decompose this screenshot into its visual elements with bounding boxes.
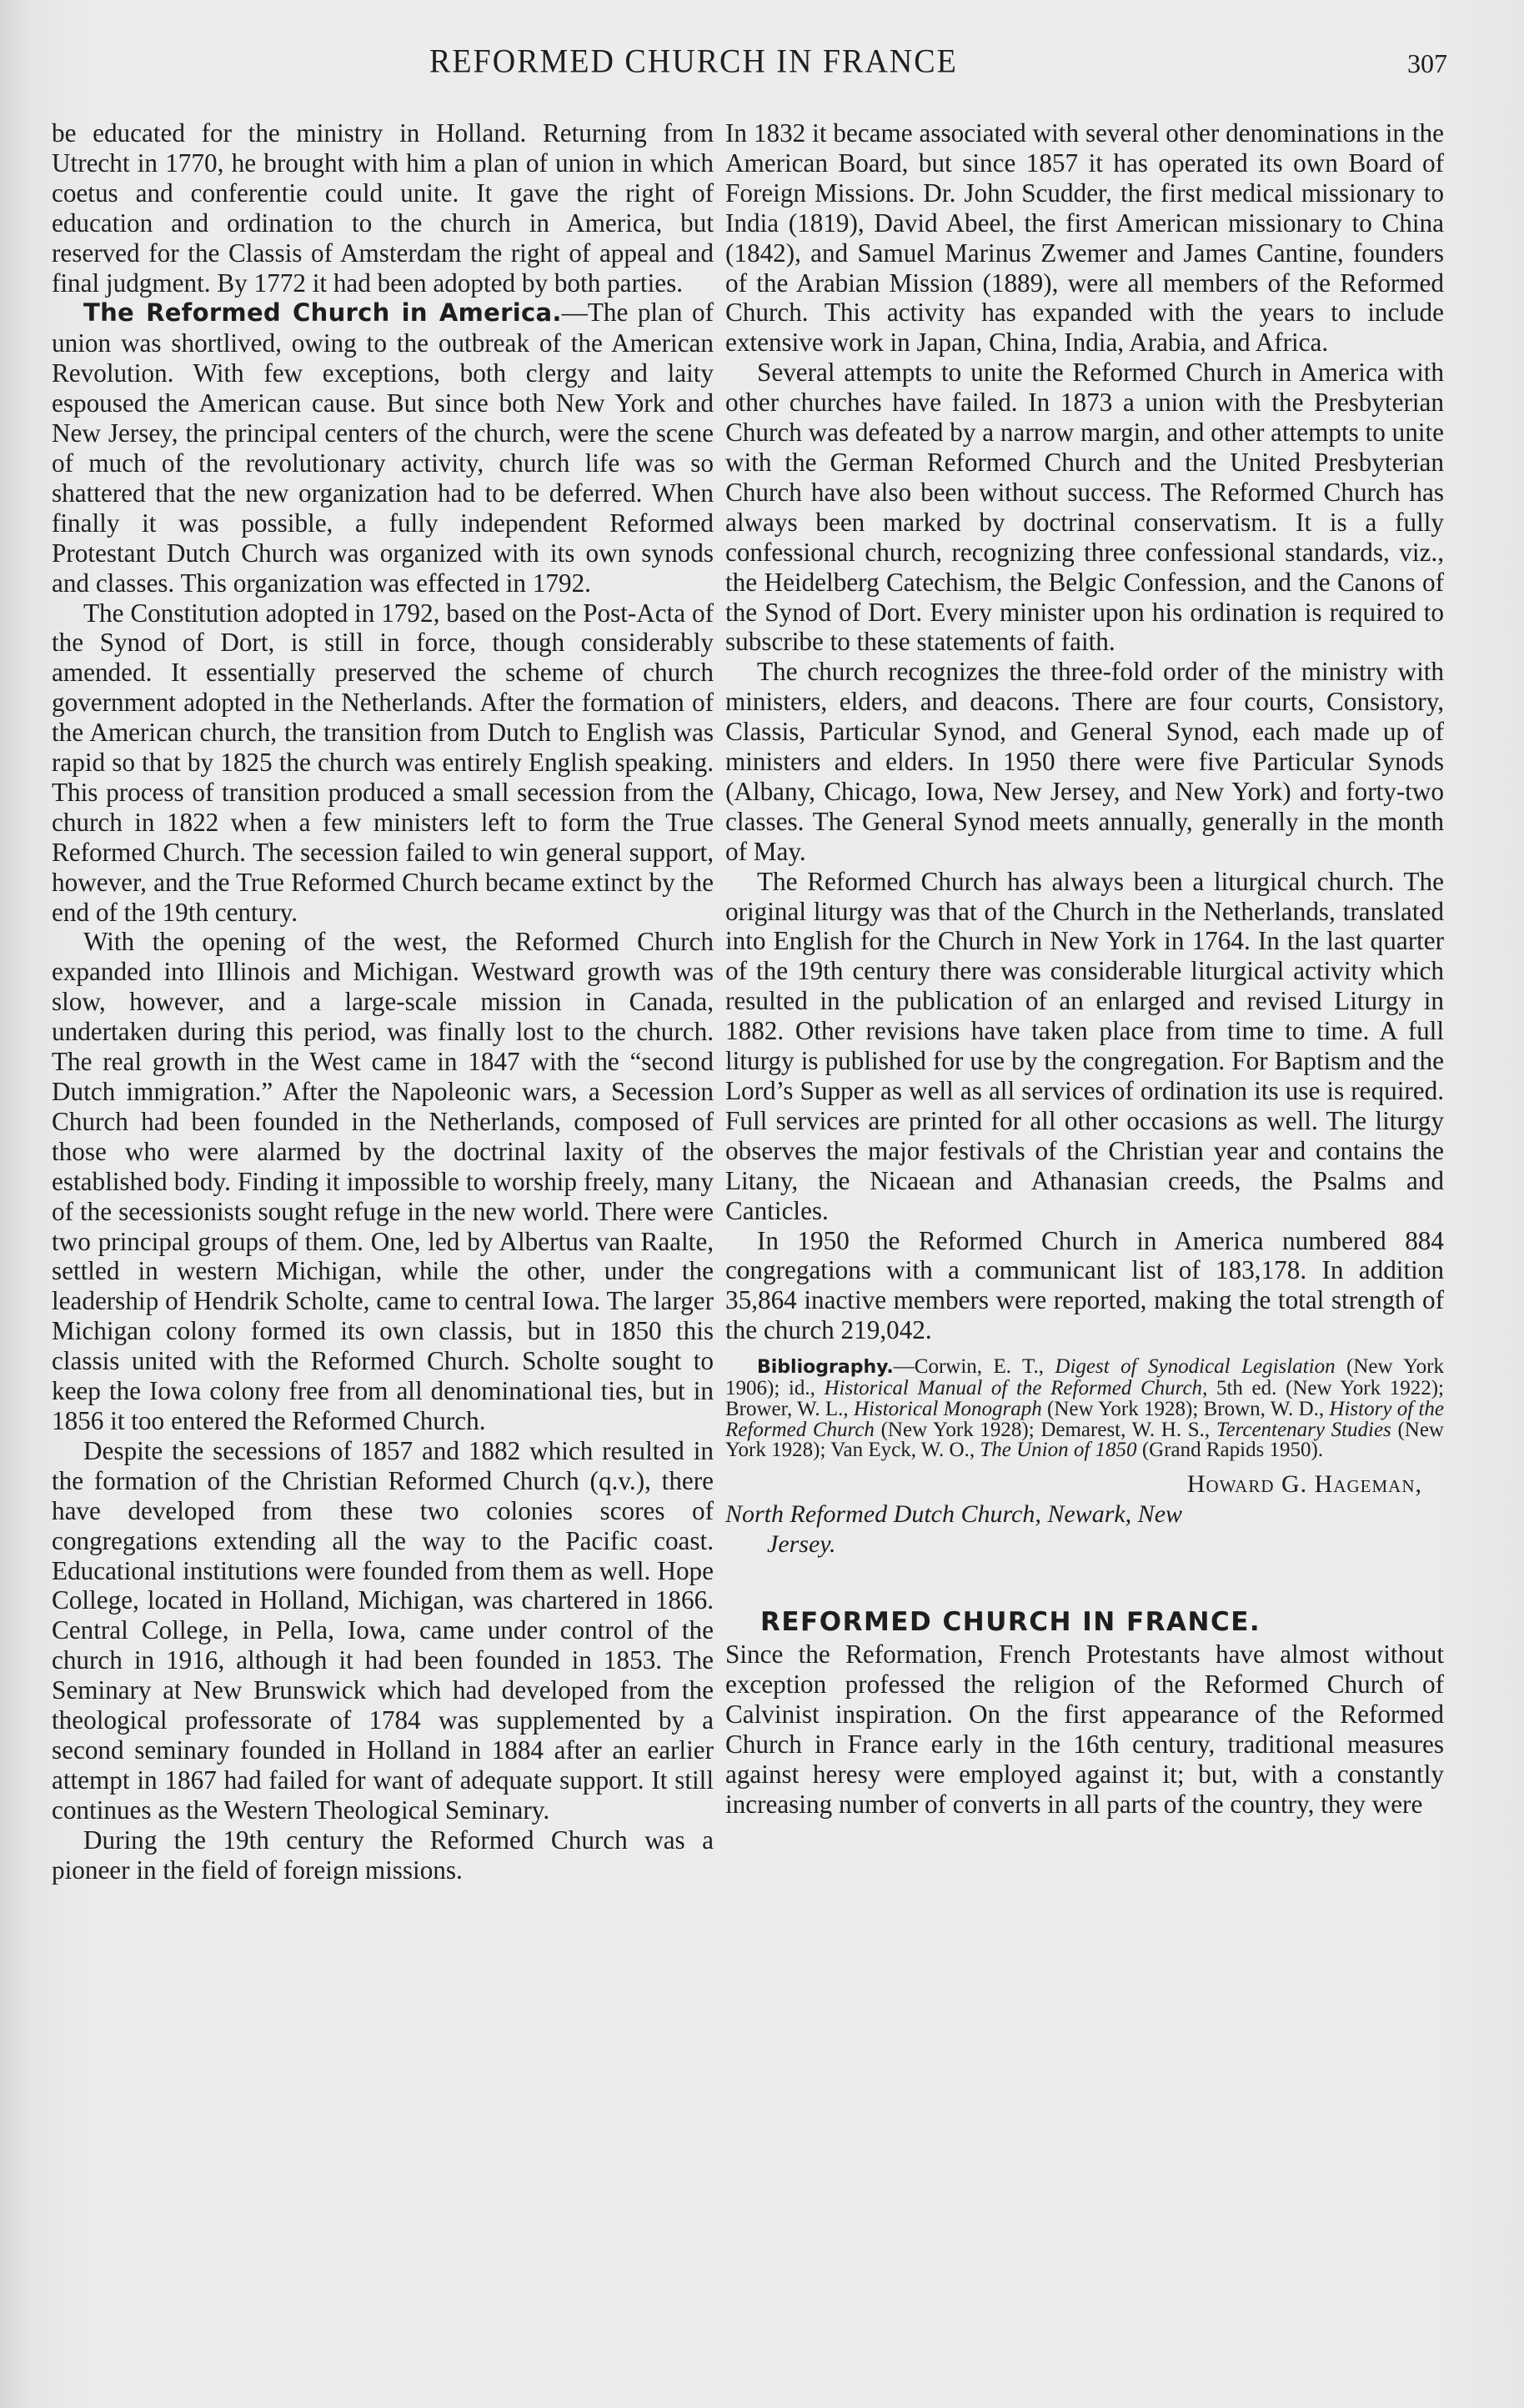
bib-title: Historical Manual of the Reformed Church — [824, 1377, 1202, 1399]
left-column: be educated for the ministry in Holland.… — [52, 118, 714, 1885]
bibliography-label: Bibliography. — [757, 1357, 894, 1378]
right-column: In 1832 it became associated with severa… — [725, 118, 1444, 1819]
paragraph: The Reformed Church has always been a li… — [725, 867, 1444, 1226]
author-affiliation: North Reformed Dutch Church, Newark, New — [725, 1499, 1444, 1529]
bib-title: Digest of Synodical Legislation — [1055, 1355, 1335, 1378]
author-affiliation-cont: Jersey. — [725, 1529, 1444, 1559]
paragraph: With the opening of the west, the Reform… — [52, 927, 714, 1435]
author-name: Howard G. Hageman, — [725, 1469, 1444, 1499]
paragraph: Since the Reformation, French Protestant… — [725, 1640, 1444, 1819]
running-title: REFORMED CHURCH IN FRANCE — [429, 43, 958, 81]
running-head: REFORMED CHURCH IN FRANCE 307 — [0, 43, 1524, 85]
bib-text: —Corwin, E. T., — [894, 1355, 1055, 1378]
signature-block: Howard G. Hageman, North Reformed Dutch … — [725, 1469, 1444, 1559]
book-page: REFORMED CHURCH IN FRANCE 307 be educate… — [0, 0, 1524, 2408]
bib-title: The Union of 1850 — [980, 1439, 1136, 1461]
bib-text: (New York 1928); Demarest, W. H. S., — [875, 1419, 1216, 1441]
bib-text: (New York 1928); Brown, W. D., — [1042, 1398, 1330, 1420]
paragraph: be educated for the ministry in Holland.… — [52, 118, 714, 298]
paragraph: In 1950 the Reformed Church in America n… — [725, 1226, 1444, 1346]
paragraph: In 1832 it became associated with severa… — [725, 118, 1444, 358]
bib-title: Historical Monograph — [854, 1398, 1042, 1420]
article-title: REFORMED CHURCH IN FRANCE. — [725, 1608, 1444, 1638]
bib-text: (Grand Rapids 1950). — [1137, 1439, 1324, 1461]
bib-title: Tercentenary Studies — [1216, 1419, 1391, 1441]
paragraph: The Constitution adopted in 1792, based … — [52, 598, 714, 928]
bibliography: Bibliography.—Corwin, E. T., Digest of S… — [725, 1357, 1444, 1461]
paragraph-text: —The plan of union was shortlived, owing… — [52, 298, 714, 597]
paragraph: The church recognizes the three-fold ord… — [725, 657, 1444, 866]
paragraph-section-rca: The Reformed Church in America.—The plan… — [52, 298, 714, 598]
page-number: 307 — [1407, 48, 1447, 79]
paragraph: Despite the secessions of 1857 and 1882 … — [52, 1436, 714, 1825]
paragraph: During the 19th century the Reformed Chu… — [52, 1825, 714, 1885]
paragraph: Several attempts to unite the Reformed C… — [725, 358, 1444, 657]
section-heading: The Reformed Church in America. — [83, 298, 562, 327]
